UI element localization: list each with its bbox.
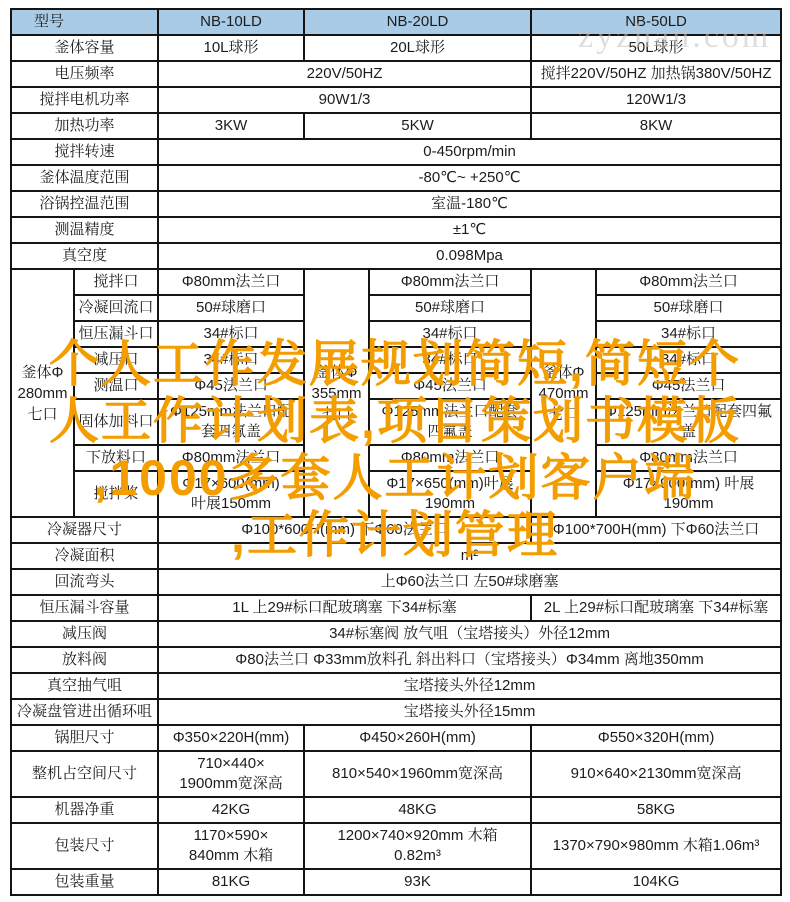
kettle-stir-port-cell-6: Φ80mm法兰口 [596,269,781,295]
table-row-net-weight: 机器净重42KG48KG58KG [11,797,781,823]
condenser-area-cell-1: m² [158,543,781,569]
constant-pressure-funnel-port-cell-2: 34#标口 [369,321,531,347]
table-row-solid-feed-port: 固体加料口Φ125mm法兰口配 套四氟盖Φ125mm法兰口配套 四氟盖Φ125m… [11,399,781,445]
pot-size-cell-3: Φ550×320H(mm) [531,725,781,751]
kettle-stir-port-cell-1: 搅拌口 [74,269,158,295]
machine-dimensions-cell-0: 整机占空间尺寸 [11,751,158,797]
machine-dimensions-cell-2: 810×540×1960mm宽深高 [304,751,531,797]
temp-accuracy-cell-1: ±1℃ [158,217,781,243]
discharge-valve-cell-1: Φ80法兰口 Φ33mm放料孔 斜出料口（宝塔接头）Φ34mm 离地350mm [158,647,781,673]
pressure-relief-port-cell-0: 减压口 [74,347,158,373]
kettle-stir-port-cell-4: Φ80mm法兰口 [369,269,531,295]
condenser-size-cell-1: Φ100*600H(mm) 下Φ60法兰口 [158,517,531,543]
relief-valve-cell-0: 减压阀 [11,621,158,647]
table-row-kettle-temp-range: 釜体温度范围-80℃~ +250℃ [11,165,781,191]
kettle-stir-port-cell-3: 釜体Φ 355mm 七口 [304,269,369,517]
vacuum-degree-cell-0: 真空度 [11,243,158,269]
table-row-reflux-bend: 回流弯头上Φ60法兰口 左50#球磨塞 [11,569,781,595]
temp-measure-port-cell-1: Φ45法兰口 [158,373,304,399]
stir-paddle-cell-0: 搅拌桨 [74,471,158,517]
temp-measure-port-cell-2: Φ45法兰口 [369,373,531,399]
kettle-temp-range-cell-0: 釜体温度范围 [11,165,158,191]
condenser-size-cell-0: 冷凝器尺寸 [11,517,158,543]
stirring-speed-cell-0: 搅拌转速 [11,139,158,165]
heating-power-cell-2: 5KW [304,113,531,139]
packing-size-cell-1: 1170×590× 840mm 木箱 [158,823,304,869]
net-weight-cell-1: 42KG [158,797,304,823]
table-row-funnel-capacity: 恒压漏斗容量1L 上29#标口配玻璃塞 下34#标塞2L 上29#标口配玻璃塞 … [11,595,781,621]
table-row-packing-weight: 包装重量81KG93K104KG [11,869,781,895]
vacuum-nozzle-cell-1: 宝塔接头外径12mm [158,673,781,699]
table-row-condenser-size: 冷凝器尺寸Φ100*600H(mm) 下Φ60法兰口Φ100*700H(mm) … [11,517,781,543]
packing-weight-cell-3: 104KG [531,869,781,895]
packing-size-cell-0: 包装尺寸 [11,823,158,869]
table-row-kettle-stir-port: 釜体Φ 280mm 七口搅拌口Φ80mm法兰口釜体Φ 355mm 七口Φ80mm… [11,269,781,295]
condenser-reflux-port-cell-1: 50#球磨口 [158,295,304,321]
solid-feed-port-cell-0: 固体加料口 [74,399,158,445]
bottom-discharge-port-cell-2: Φ80mm法兰口 [369,445,531,471]
table-row-machine-dimensions: 整机占空间尺寸710×440× 1900mm宽深高810×540×1960mm宽… [11,751,781,797]
table-row-packing-size: 包装尺寸1170×590× 840mm 木箱1200×740×920mm 木箱 … [11,823,781,869]
pressure-relief-port-cell-3: 34#标口 [596,347,781,373]
kettle-stir-port-cell-0: 釜体Φ 280mm 七口 [11,269,74,517]
bottom-discharge-port-cell-3: Φ80mm法兰口 [596,445,781,471]
stir-paddle-cell-1: Φ17×600(mm) 叶展150mm [158,471,304,517]
funnel-capacity-cell-0: 恒压漏斗容量 [11,595,158,621]
table-row-stirrer-motor-power: 搅拌电机功率90W1/3120W1/3 [11,87,781,113]
table-row-temp-measure-port: 测温口Φ45法兰口Φ45法兰口Φ45法兰口 [11,373,781,399]
packing-size-cell-2: 1200×740×920mm 木箱 0.82m³ [304,823,531,869]
bath-temp-range-cell-1: 室温-180℃ [158,191,781,217]
machine-dimensions-cell-1: 710×440× 1900mm宽深高 [158,751,304,797]
table-row-condenser-reflux-port: 冷凝回流口50#球磨口50#球磨口50#球磨口 [11,295,781,321]
packing-size-cell-3: 1370×790×980mm 木箱1.06m³ [531,823,781,869]
voltage-frequency-cell-1: 220V/50HZ [158,61,531,87]
relief-valve-cell-1: 34#标塞阀 放气咀（宝塔接头）外径12mm [158,621,781,647]
stirrer-motor-power-cell-0: 搅拌电机功率 [11,87,158,113]
pressure-relief-port-cell-2: 34#标口 [369,347,531,373]
net-weight-cell-0: 机器净重 [11,797,158,823]
table-row-temp-accuracy: 测温精度±1℃ [11,217,781,243]
spec-sheet-page: 型号NB-10LDNB-20LDNB-50LD釜体容量10L球形20L球形50L… [0,0,790,902]
heating-power-cell-1: 3KW [158,113,304,139]
solid-feed-port-cell-1: Φ125mm法兰口配 套四氟盖 [158,399,304,445]
condenser-reflux-port-cell-2: 50#球磨口 [369,295,531,321]
kettle-capacity-cell-2: 20L球形 [304,35,531,61]
pot-size-cell-1: Φ350×220H(mm) [158,725,304,751]
spec-table-body: 型号NB-10LDNB-20LDNB-50LD釜体容量10L球形20L球形50L… [11,9,781,895]
constant-pressure-funnel-port-cell-1: 34#标口 [158,321,304,347]
heating-power-cell-0: 加热功率 [11,113,158,139]
voltage-frequency-cell-2: 搅拌220V/50HZ 加热锅380V/50HZ [531,61,781,87]
reflux-bend-cell-1: 上Φ60法兰口 左50#球磨塞 [158,569,781,595]
packing-weight-cell-2: 93K [304,869,531,895]
funnel-capacity-cell-1: 1L 上29#标口配玻璃塞 下34#标塞 [158,595,531,621]
table-row-model: 型号NB-10LDNB-20LDNB-50LD [11,9,781,35]
table-row-coil-circulation-nozzle: 冷凝盘管进出循环咀宝塔接头外径15mm [11,699,781,725]
model-cell-1: NB-10LD [158,9,304,35]
table-row-discharge-valve: 放料阀Φ80法兰口 Φ33mm放料孔 斜出料口（宝塔接头）Φ34mm 离地350… [11,647,781,673]
table-row-stirring-speed: 搅拌转速0-450rpm/min [11,139,781,165]
discharge-valve-cell-0: 放料阀 [11,647,158,673]
pot-size-cell-2: Φ450×260H(mm) [304,725,531,751]
stirring-speed-cell-1: 0-450rpm/min [158,139,781,165]
table-row-kettle-capacity: 釜体容量10L球形20L球形50L球形 [11,35,781,61]
bottom-discharge-port-cell-0: 下放料口 [74,445,158,471]
coil-circulation-nozzle-cell-1: 宝塔接头外径15mm [158,699,781,725]
condenser-size-cell-2: Φ100*700H(mm) 下Φ60法兰口 [531,517,781,543]
spec-table: 型号NB-10LDNB-20LDNB-50LD釜体容量10L球形20L球形50L… [10,8,782,896]
table-row-vacuum-nozzle: 真空抽气咀宝塔接头外径12mm [11,673,781,699]
vacuum-nozzle-cell-0: 真空抽气咀 [11,673,158,699]
table-row-constant-pressure-funnel-port: 恒压漏斗口34#标口34#标口34#标口 [11,321,781,347]
bath-temp-range-cell-0: 浴锅控温范围 [11,191,158,217]
net-weight-cell-2: 48KG [304,797,531,823]
stir-paddle-cell-2: Φ17×650(mm)叶展 190mm [369,471,531,517]
stirrer-motor-power-cell-2: 120W1/3 [531,87,781,113]
constant-pressure-funnel-port-cell-0: 恒压漏斗口 [74,321,158,347]
table-row-vacuum-degree: 真空度0.098Mpa [11,243,781,269]
temp-accuracy-cell-0: 测温精度 [11,217,158,243]
table-row-voltage-frequency: 电压频率220V/50HZ搅拌220V/50HZ 加热锅380V/50HZ [11,61,781,87]
temp-measure-port-cell-3: Φ45法兰口 [596,373,781,399]
table-row-condenser-area: 冷凝面积m² [11,543,781,569]
net-weight-cell-3: 58KG [531,797,781,823]
model-cell-3: NB-50LD [531,9,781,35]
table-row-pressure-relief-port: 减压口34#标口34#标口34#标口 [11,347,781,373]
kettle-capacity-cell-0: 釜体容量 [11,35,158,61]
kettle-stir-port-cell-5: 釜体Φ 470mm 七口 [531,269,596,517]
table-row-pot-size: 锅胆尺寸Φ350×220H(mm)Φ450×260H(mm)Φ550×320H(… [11,725,781,751]
funnel-capacity-cell-2: 2L 上29#标口配玻璃塞 下34#标塞 [531,595,781,621]
solid-feed-port-cell-2: Φ125mm法兰口配套 四氟盖 [369,399,531,445]
condenser-area-cell-0: 冷凝面积 [11,543,158,569]
model-cell-2: NB-20LD [304,9,531,35]
packing-weight-cell-1: 81KG [158,869,304,895]
table-row-relief-valve: 减压阀34#标塞阀 放气咀（宝塔接头）外径12mm [11,621,781,647]
kettle-stir-port-cell-2: Φ80mm法兰口 [158,269,304,295]
constant-pressure-funnel-port-cell-3: 34#标口 [596,321,781,347]
solid-feed-port-cell-3: Φ125mm法兰口配套四氟 盖 [596,399,781,445]
pot-size-cell-0: 锅胆尺寸 [11,725,158,751]
stir-paddle-cell-3: Φ17×900(mm) 叶展190mm [596,471,781,517]
condenser-reflux-port-cell-3: 50#球磨口 [596,295,781,321]
table-row-heating-power: 加热功率3KW5KW8KW [11,113,781,139]
coil-circulation-nozzle-cell-0: 冷凝盘管进出循环咀 [11,699,158,725]
bottom-discharge-port-cell-1: Φ80mm法兰口 [158,445,304,471]
table-row-stir-paddle: 搅拌桨Φ17×600(mm) 叶展150mmΦ17×650(mm)叶展 190m… [11,471,781,517]
kettle-capacity-cell-1: 10L球形 [158,35,304,61]
table-row-bottom-discharge-port: 下放料口Φ80mm法兰口Φ80mm法兰口Φ80mm法兰口 [11,445,781,471]
condenser-reflux-port-cell-0: 冷凝回流口 [74,295,158,321]
temp-measure-port-cell-0: 测温口 [74,373,158,399]
heating-power-cell-3: 8KW [531,113,781,139]
machine-dimensions-cell-3: 910×640×2130mm宽深高 [531,751,781,797]
stirrer-motor-power-cell-1: 90W1/3 [158,87,531,113]
voltage-frequency-cell-0: 电压频率 [11,61,158,87]
model-cell-0: 型号 [11,9,158,35]
vacuum-degree-cell-1: 0.098Mpa [158,243,781,269]
pressure-relief-port-cell-1: 34#标口 [158,347,304,373]
table-row-bath-temp-range: 浴锅控温范围室温-180℃ [11,191,781,217]
packing-weight-cell-0: 包装重量 [11,869,158,895]
kettle-capacity-cell-3: 50L球形 [531,35,781,61]
kettle-temp-range-cell-1: -80℃~ +250℃ [158,165,781,191]
reflux-bend-cell-0: 回流弯头 [11,569,158,595]
